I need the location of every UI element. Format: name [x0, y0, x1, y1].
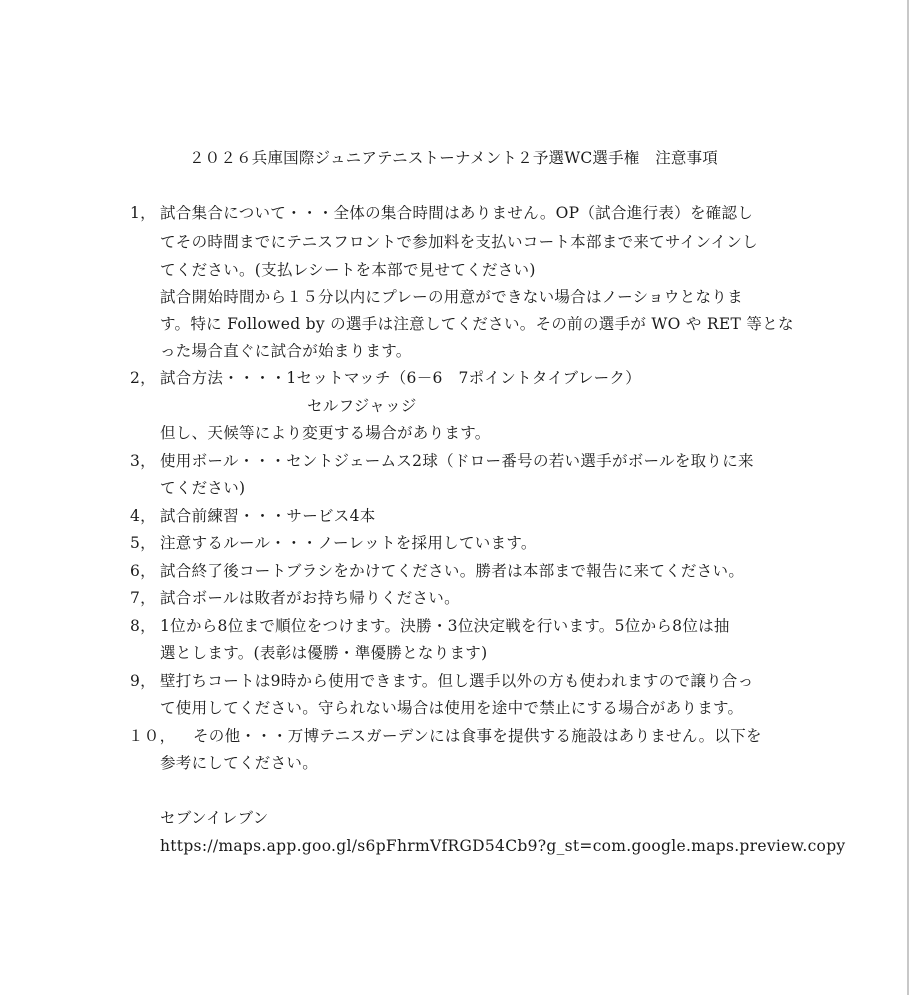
item-1-line-4: 試合開始時間から１５分以内にプレーの用意ができない場合はノーショウとなりま [160, 287, 743, 307]
item-5-number: 5， [130, 533, 156, 553]
item-3-line-2: てください) [160, 478, 245, 498]
item-1-line-5: す。特に Followed by の選手は注意してください。その前の選手が WO… [160, 314, 794, 334]
item-7-number: 7， [130, 588, 156, 608]
item-1-line-3: てください。(支払レシートを本部で見せてください) [160, 260, 536, 280]
item-1-line-1: 試合集合について・・・全体の集合時間はありません。OP（試合進行表）を確認し [160, 203, 753, 223]
item-1-number: 1， [130, 203, 156, 223]
item-5-line-1: 注意するルール・・・ノーレットを採用しています。 [160, 533, 537, 553]
item-2-number: 2， [130, 368, 156, 388]
item-7-line-1: 試合ボールは敗者がお持ち帰りください。 [160, 588, 460, 608]
item-9-line-2: て使用してください。守られない場合は使用を途中で禁止にする場合があります。 [160, 698, 743, 718]
document-title: ２０２６兵庫国際ジュニアテニストーナメント２予選WC選手権 注意事項 [0, 146, 907, 168]
item-3-line-1: 使用ボール・・・セントジェームス2球（ドロー番号の若い選手がボールを取りに来 [160, 451, 754, 471]
item-10-number: １０， [128, 726, 175, 746]
item-2-line-2: セルフジャッジ [307, 396, 417, 416]
reference-store-name: セブンイレブン [160, 808, 269, 828]
item-2-line-3: 但し、天候等により変更する場合があります。 [160, 423, 491, 443]
item-10-line-2: 参考にしてください。 [160, 753, 318, 773]
item-8-line-1: 1位から8位まで順位をつけます。決勝・3位決定戦を行います。5位から8位は抽 [160, 616, 730, 636]
item-6-number: 6， [130, 561, 156, 581]
item-4-line-1: 試合前練習・・・サービス4本 [160, 506, 376, 526]
reference-map-link[interactable]: https://maps.app.goo.gl/s6pFhrmVfRGD54Cb… [160, 836, 845, 856]
item-9-line-1: 壁打ちコートは9時から使用できます。但し選手以外の方も使われますので譲り合っ [160, 671, 754, 691]
item-10-line-1: その他・・・万博テニスガーデンには食事を提供する施設はありません。以下を [193, 726, 762, 746]
item-6-line-1: 試合終了後コートブラシをかけてください。勝者は本部まで報告に来てください。 [160, 561, 744, 581]
item-2-line-1: 試合方法・・・・1セットマッチ（6－6 7ポイントタイブレーク） [160, 368, 641, 388]
item-8-line-2: 選とします。(表彰は優勝・準優勝となります) [160, 643, 487, 663]
item-1-line-6: った場合直ぐに試合が始まります。 [160, 341, 412, 361]
item-3-number: 3， [130, 451, 156, 471]
item-1-line-2: てその時間までにテニスフロントで参加料を支払いコート本部まで来てサインインし [160, 232, 758, 252]
item-9-number: 9， [130, 671, 156, 691]
item-8-number: 8， [130, 616, 156, 636]
item-4-number: 4， [130, 506, 156, 526]
document-page: ２０２６兵庫国際ジュニアテニストーナメント２予選WC選手権 注意事項 1， 試合… [0, 0, 907, 995]
